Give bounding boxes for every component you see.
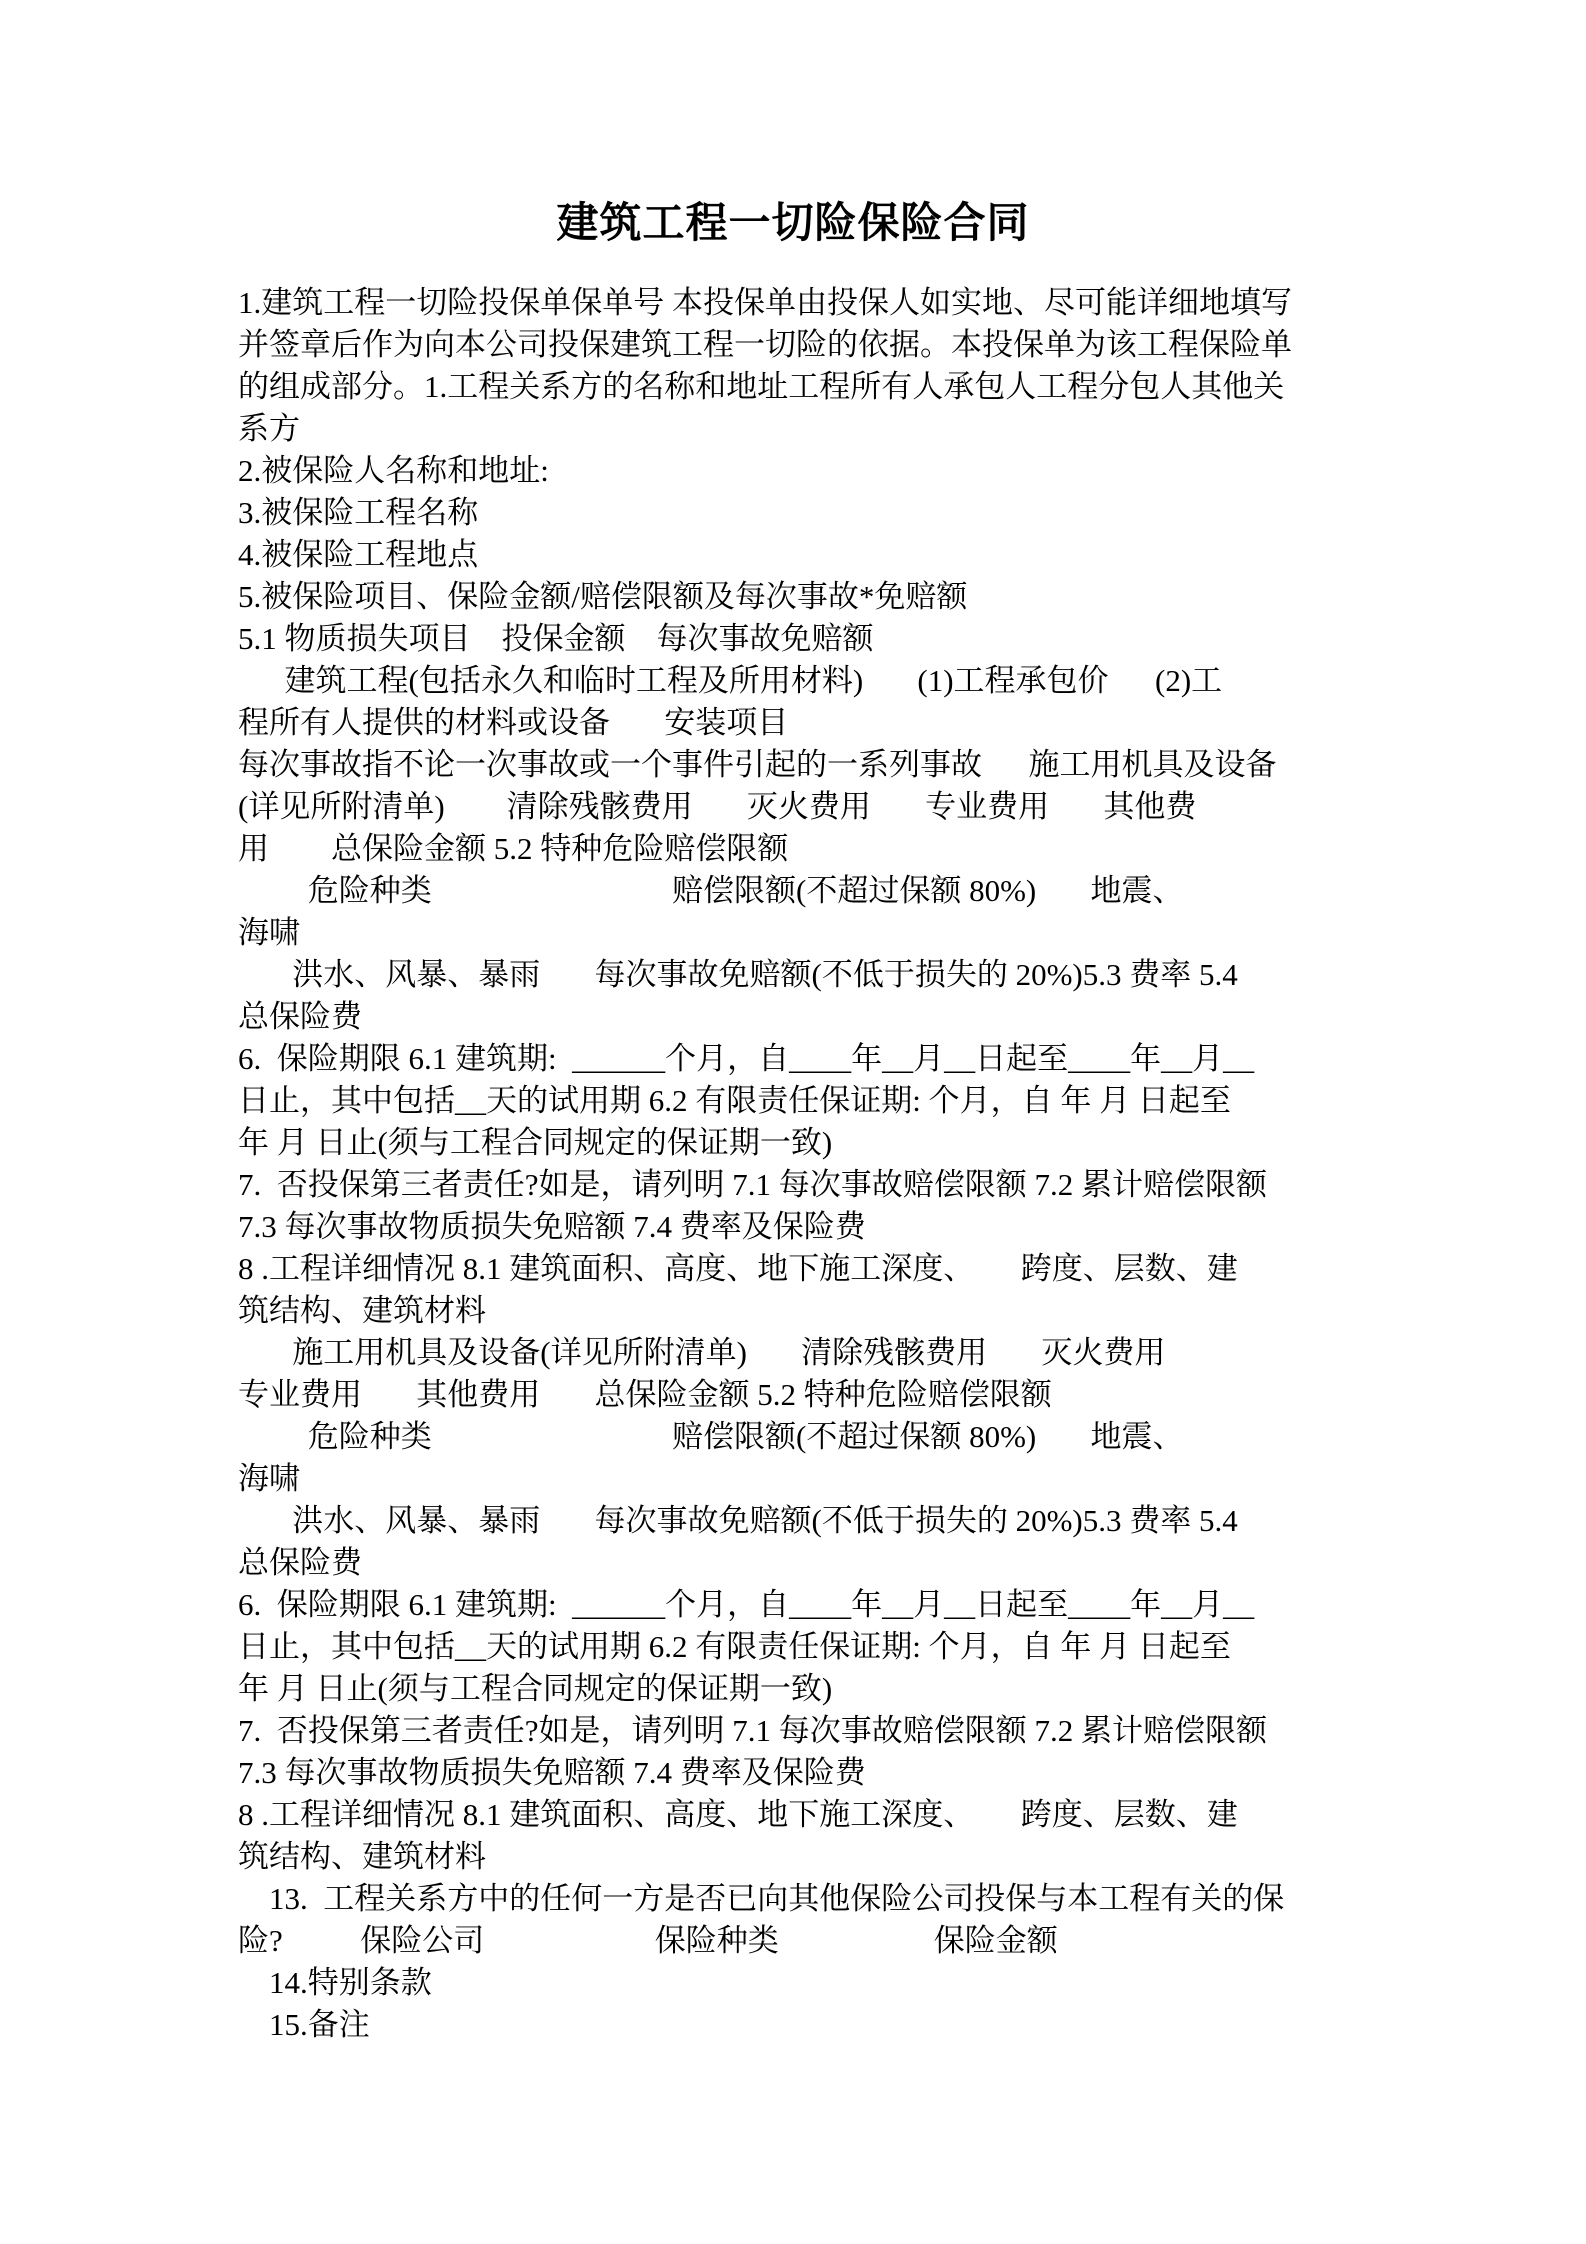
text-line: 日止，其中包括__天的试用期 6.2 有限责任保证期: 个月，自 年 月 日起至 [238,1626,1348,1668]
text-line: 施工用机具及设备(详见所附清单) 清除残骸费用 灭火费用 [238,1332,1348,1374]
text-line: 筑结构、建筑材料 [238,1836,1348,1878]
document-page: 建筑工程一切险保险合同 1.建筑工程一切险投保单保单号 本投保单由投保人如实地、… [0,0,1586,2244]
text-line: 系方 [238,408,1348,450]
text-line: 1.建筑工程一切险投保单保单号 本投保单由投保人如实地、尽可能详细地填写 [238,282,1348,324]
text-line: 5.1 物质损失项目 投保金额 每次事故免赔额 [238,618,1348,660]
text-line: 建筑工程(包括永久和临时工程及所用材料) (1)工程承包价 (2)工 [238,660,1348,702]
text-line: 总保险费 [238,1542,1348,1584]
text-line: 危险种类 赔偿限额(不超过保额 80%) 地震、 [238,1416,1348,1458]
text-line: 7.3 每次事故物质损失免赔额 7.4 费率及保险费 [238,1206,1348,1248]
document-content: 建筑工程一切险保险合同 1.建筑工程一切险投保单保单号 本投保单由投保人如实地、… [0,0,1586,2046]
text-line: 3.被保险工程名称 [238,492,1348,534]
text-line: 总保险费 [238,996,1348,1038]
text-line: 年 月 日止(须与工程合同规定的保证期一致) [238,1668,1348,1710]
text-line: (详见所附清单) 清除残骸费用 灭火费用 专业费用 其他费 [238,786,1348,828]
text-line: 危险种类 赔偿限额(不超过保额 80%) 地震、 [238,870,1348,912]
text-line: 日止，其中包括__天的试用期 6.2 有限责任保证期: 个月，自 年 月 日起至 [238,1080,1348,1122]
text-line: 专业费用 其他费用 总保险金额 5.2 特种危险赔偿限额 [238,1374,1348,1416]
text-line: 8 .工程详细情况 8.1 建筑面积、高度、地下施工深度、 跨度、层数、建 [238,1794,1348,1836]
text-line: 程所有人提供的材料或设备 安装项目 [238,702,1348,744]
text-line: 13. 工程关系方中的任何一方是否已向其他保险公司投保与本工程有关的保 [238,1878,1348,1920]
text-line: 海啸 [238,912,1348,954]
text-line: 7. 否投保第三者责任?如是，请列明 7.1 每次事故赔偿限额 7.2 累计赔偿… [238,1710,1348,1752]
text-line: 每次事故指不论一次事故或一个事件引起的一系列事故 施工用机具及设备 [238,744,1348,786]
text-line: 并签章后作为向本公司投保建筑工程一切险的依据。本投保单为该工程保险单 [238,324,1348,366]
document-body: 1.建筑工程一切险投保单保单号 本投保单由投保人如实地、尽可能详细地填写并签章后… [238,282,1348,2046]
text-line: 的组成部分。1.工程关系方的名称和地址工程所有人承包人工程分包人其他关 [238,366,1348,408]
text-line: 14.特别条款 [238,1962,1348,2004]
text-line: 洪水、风暴、暴雨 每次事故免赔额(不低于损失的 20%)5.3 费率 5.4 [238,954,1348,996]
text-line: 6. 保险期限 6.1 建筑期: ______个月，自____年__月__日起至… [238,1038,1348,1080]
text-line: 险? 保险公司 保险种类 保险金额 [238,1920,1348,1962]
page-title: 建筑工程一切险保险合同 [238,196,1348,252]
text-line: 洪水、风暴、暴雨 每次事故免赔额(不低于损失的 20%)5.3 费率 5.4 [238,1500,1348,1542]
text-line: 5.被保险项目、保险金额/赔偿限额及每次事故*免赔额 [238,576,1348,618]
text-line: 用 总保险金额 5.2 特种危险赔偿限额 [238,828,1348,870]
text-line: 8 .工程详细情况 8.1 建筑面积、高度、地下施工深度、 跨度、层数、建 [238,1248,1348,1290]
text-line: 6. 保险期限 6.1 建筑期: ______个月，自____年__月__日起至… [238,1584,1348,1626]
text-line: 7.3 每次事故物质损失免赔额 7.4 费率及保险费 [238,1752,1348,1794]
text-line: 7. 否投保第三者责任?如是，请列明 7.1 每次事故赔偿限额 7.2 累计赔偿… [238,1164,1348,1206]
text-line: 4.被保险工程地点 [238,534,1348,576]
text-line: 15.备注 [238,2004,1348,2046]
text-line: 2.被保险人名称和地址: [238,450,1348,492]
text-line: 筑结构、建筑材料 [238,1290,1348,1332]
text-line: 海啸 [238,1458,1348,1500]
text-line: 年 月 日止(须与工程合同规定的保证期一致) [238,1122,1348,1164]
